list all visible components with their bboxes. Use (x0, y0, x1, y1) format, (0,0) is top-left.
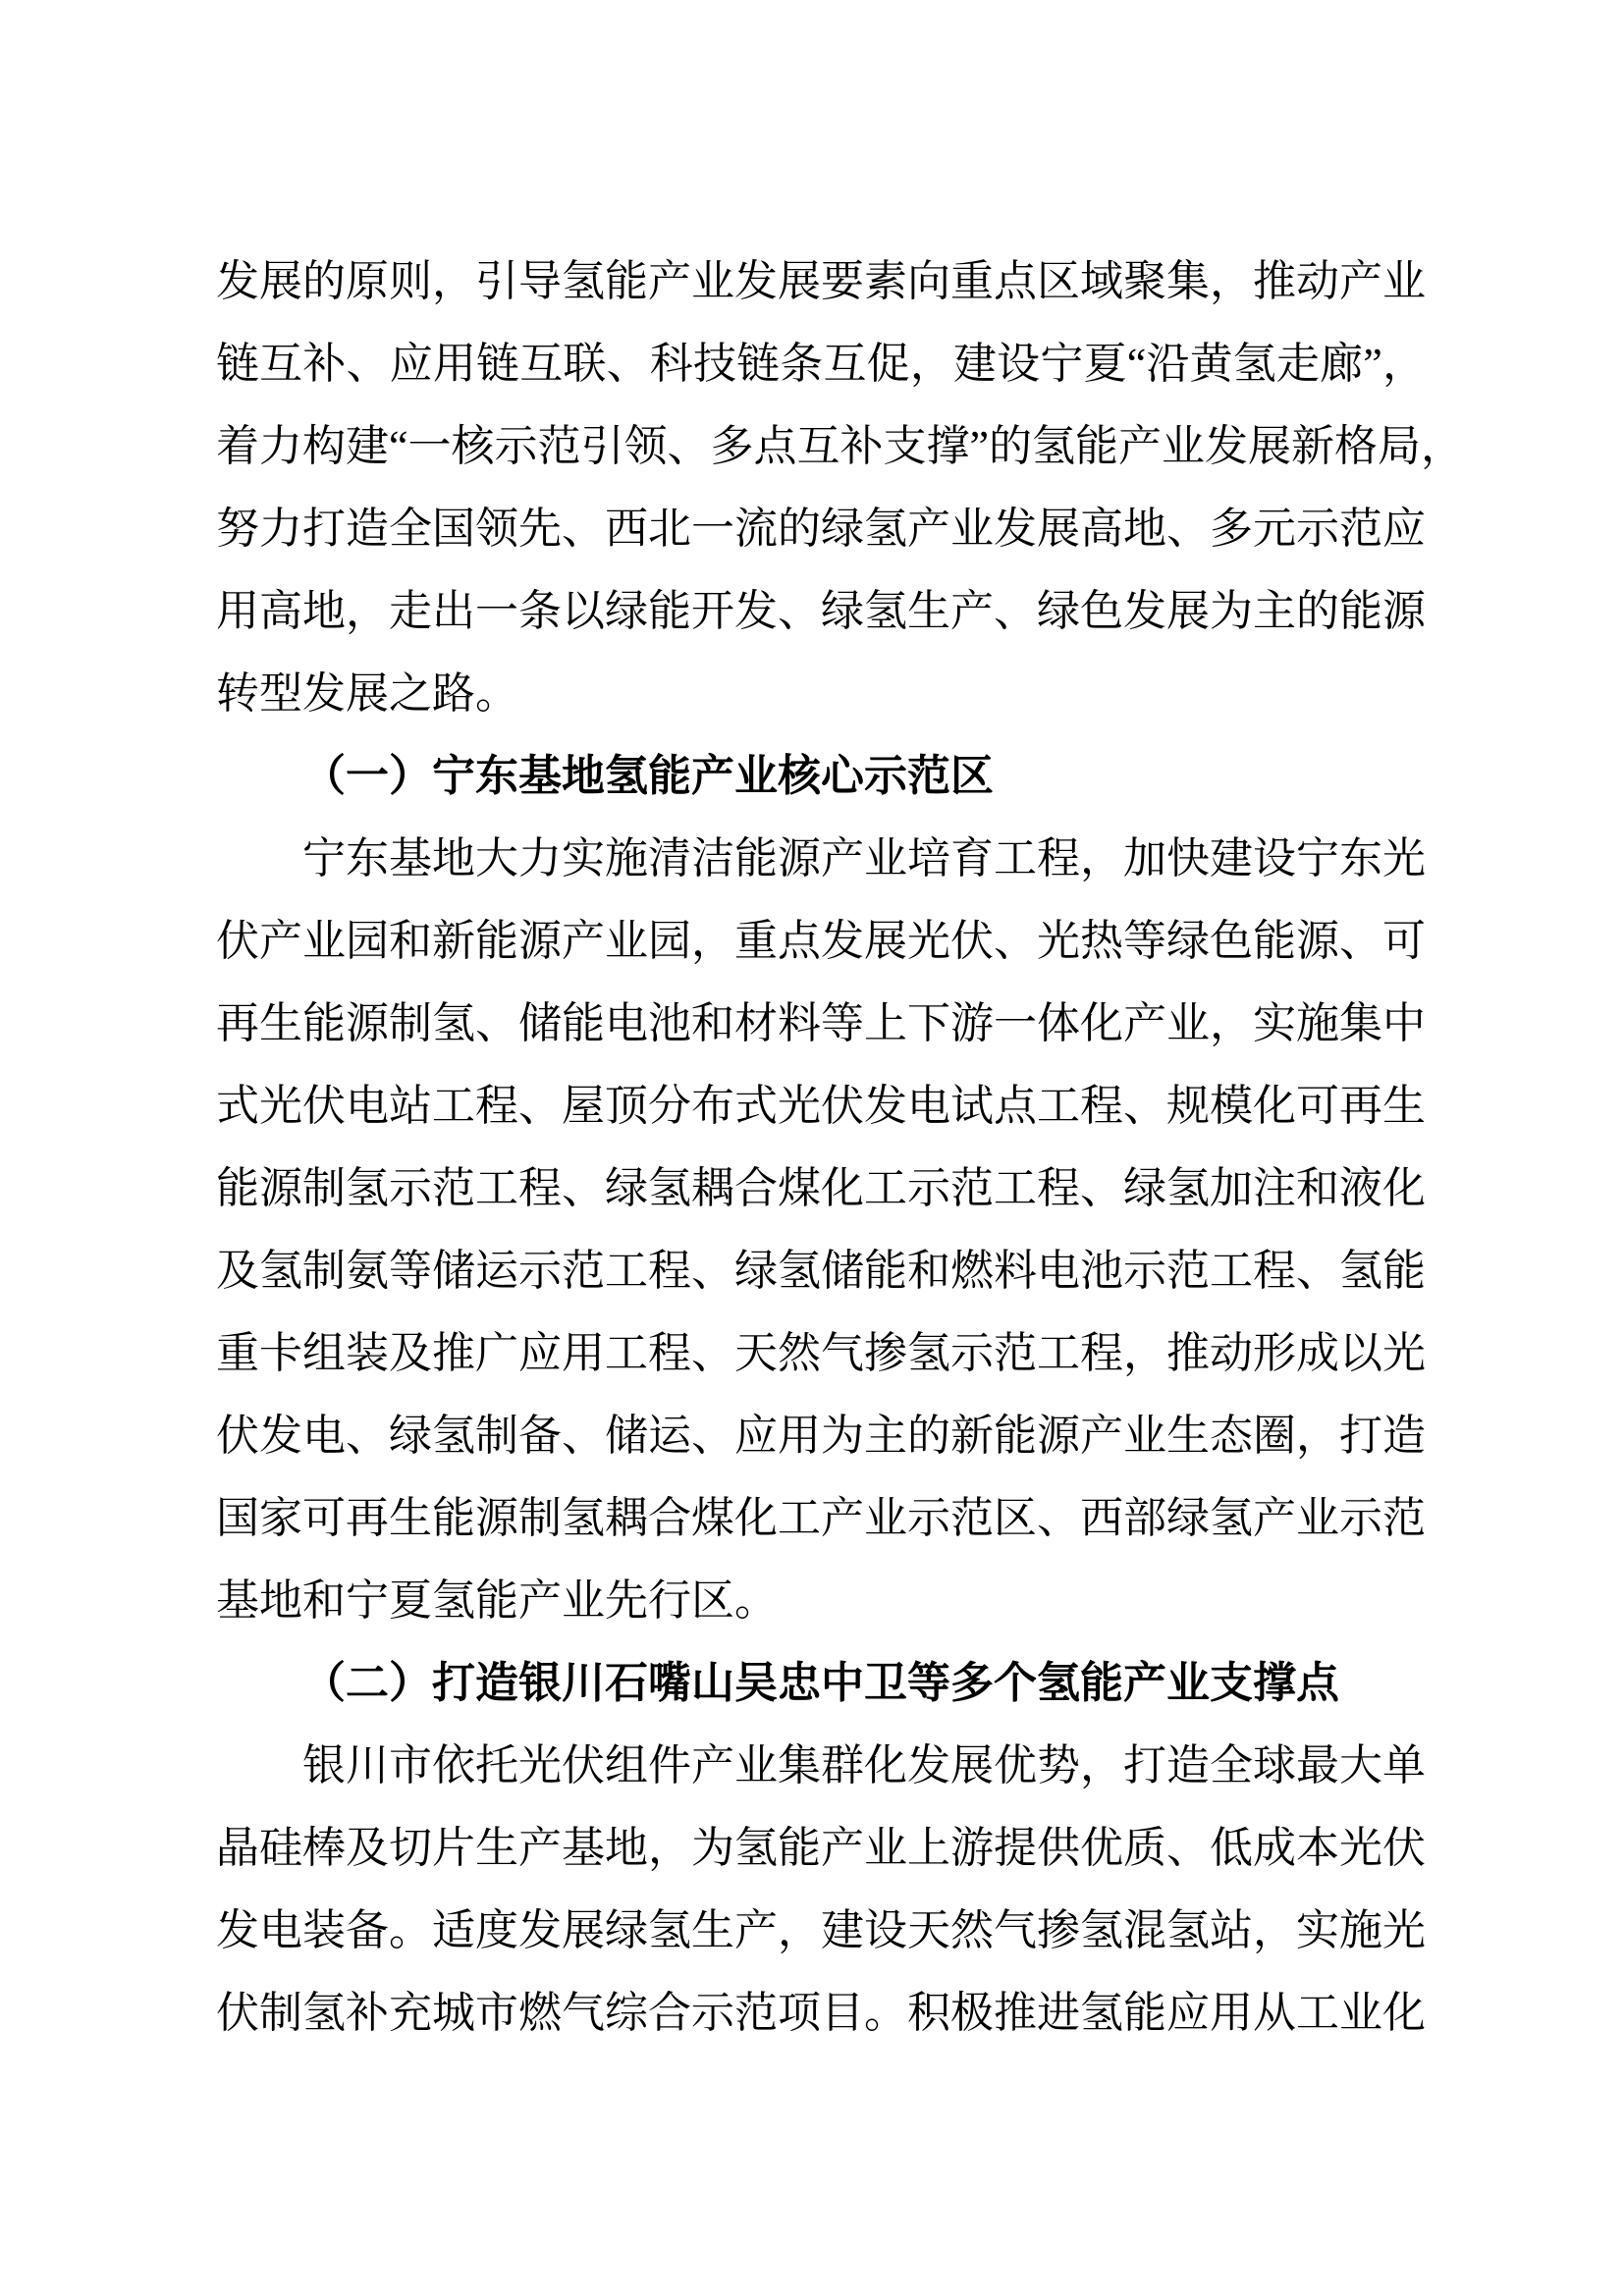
text-line: 发展的原则，引导氢能产业发展要素向重点区域聚集，推动产业 (216, 240, 1426, 323)
text-line: 链互补、应用链互联、科技链条互促，建设宁夏“沿黄氢走廊”， (216, 323, 1426, 405)
text-line: 能源制氢示范工程、绿氢耦合煤化工示范工程、绿氢加注和液化 (216, 1148, 1426, 1230)
text-line: 晶硅棒及切片生产基地，为氢能产业上游提供优质、低成本光伏 (216, 1807, 1426, 1890)
document-page: 发展的原则，引导氢能产业发展要素向重点区域聚集，推动产业 链互补、应用链互联、科… (0, 0, 1624, 2296)
text-line: 发电装备。适度发展绿氢生产，建设天然气掺氢混氢站，实施光 (216, 1890, 1426, 1972)
text-line: 国家可再生能源制氢耦合煤化工产业示范区、西部绿氢产业示范 (216, 1477, 1426, 1560)
text-line: 及氢制氨等储运示范工程、绿氢储能和燃料电池示范工程、氢能 (216, 1230, 1426, 1312)
text-line: 伏制氢补充城市燃气综合示范项目。积极推进氢能应用从工业化 (216, 1972, 1426, 2055)
text-line: 宁东基地大力实施清洁能源产业培育工程，加快建设宁东光 (216, 818, 1426, 900)
section-heading-1: （一）宁东基地氢能产业核心示范区 (216, 735, 1426, 818)
text-line: 伏产业园和新能源产业园，重点发展光伏、光热等绿色能源、可 (216, 900, 1426, 983)
text-line: 转型发展之路。 (216, 653, 1426, 735)
text-line: 银川市依托光伏组件产业集群化发展优势，打造全球最大单 (216, 1725, 1426, 1807)
text-line: 重卡组装及推广应用工程、天然气掺氢示范工程，推动形成以光 (216, 1312, 1426, 1395)
section-heading-2: （二）打造银川石嘴山吴忠中卫等多个氢能产业支撑点 (216, 1642, 1426, 1725)
text-line: 努力打造全国领先、西北一流的绿氢产业发展高地、多元示范应 (216, 488, 1426, 570)
text-line: 用高地，走出一条以绿能开发、绿氢生产、绿色发展为主的能源 (216, 570, 1426, 653)
text-block: 发展的原则，引导氢能产业发展要素向重点区域聚集，推动产业 链互补、应用链互联、科… (216, 240, 1426, 2055)
text-line: 式光伏电站工程、屋顶分布式光伏发电试点工程、规模化可再生 (216, 1065, 1426, 1148)
text-line: 着力构建“一核示范引领、多点互补支撑”的氢能产业发展新格局， (216, 405, 1426, 488)
text-line: 伏发电、绿氢制备、储运、应用为主的新能源产业生态圈，打造 (216, 1395, 1426, 1477)
text-line: 基地和宁夏氢能产业先行区。 (216, 1560, 1426, 1642)
text-line: 再生能源制氢、储能电池和材料等上下游一体化产业，实施集中 (216, 983, 1426, 1065)
